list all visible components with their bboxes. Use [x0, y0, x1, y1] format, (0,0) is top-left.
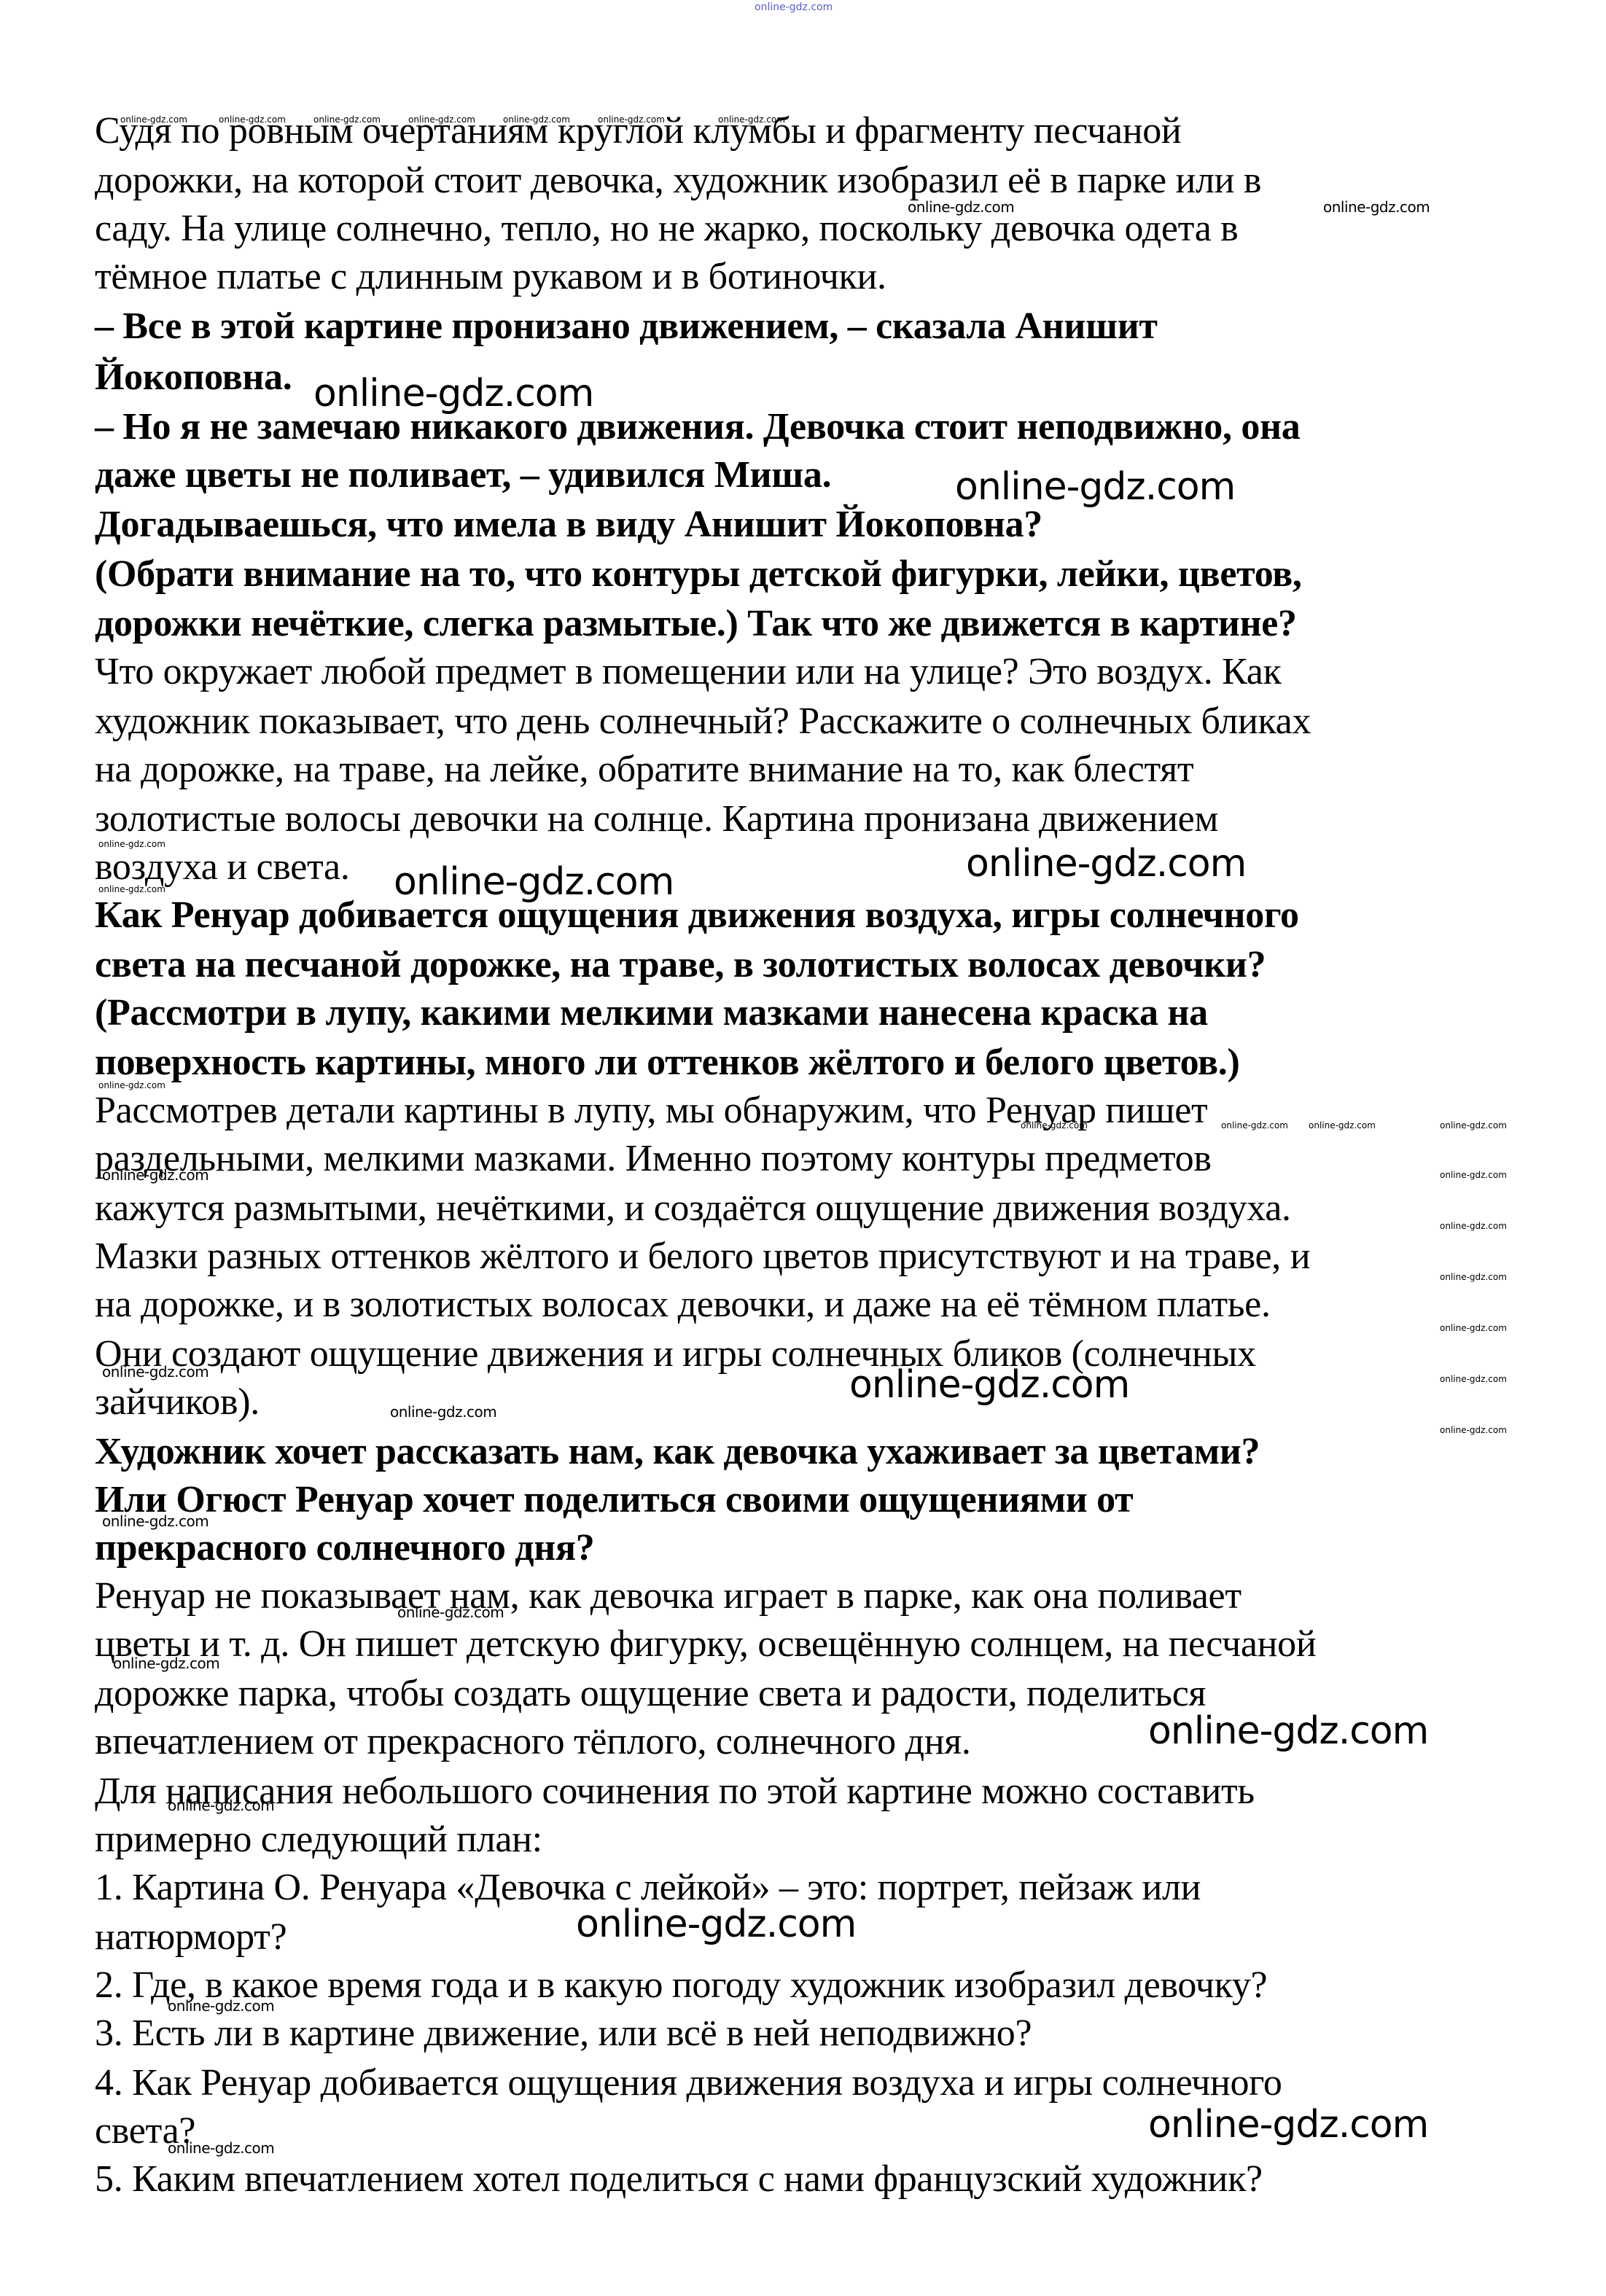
watermark: online-gdz.com — [313, 372, 593, 415]
question-line: (Рассмотри в лупу, какими мелкими мазкам… — [95, 991, 1208, 1035]
question-line: – Но я не замечаю никакого движения. Дев… — [95, 405, 1300, 449]
text-line: на дорожке, на траве, на лейке, обратите… — [95, 748, 1193, 792]
watermark: online-gdz.com — [98, 1080, 165, 1090]
text-line: золотистые волосы девочки на солнце. Кар… — [95, 797, 1218, 841]
watermark: online-gdz.com — [98, 839, 165, 849]
header-watermark: online-gdz.com — [755, 1, 833, 13]
watermark: online-gdz.com — [1148, 2103, 1428, 2147]
text-line: дорожки, на которой стоит девочка, худож… — [95, 159, 1261, 203]
watermark: online-gdz.com — [102, 1363, 208, 1381]
watermark: online-gdz.com — [113, 1655, 219, 1672]
text-line: примерно следующий план: — [95, 1818, 542, 1862]
text-line: раздельными, мелкими мазками. Именно поэ… — [95, 1137, 1212, 1181]
watermark: online-gdz.com — [503, 114, 570, 125]
watermark: online-gdz.com — [219, 114, 286, 125]
question-line: прекрасного солнечного дня? — [95, 1526, 594, 1570]
text-line: дорожке парка, чтобы создать ощущение св… — [95, 1672, 1206, 1716]
watermark: online-gdz.com — [849, 1363, 1129, 1407]
question-line: дорожки нечёткие, слегка размытые.) Так … — [95, 602, 1297, 646]
document-page: online-gdz.com Судя по ровным очертаниям… — [0, 0, 1606, 2296]
text-line: впечатлением от прекрасного тёплого, сол… — [95, 1720, 971, 1764]
question-line: света на песчаной дорожке, на траве, в з… — [95, 943, 1266, 987]
text-line: кажутся размытыми, нечёткими, и создаётс… — [95, 1187, 1291, 1230]
watermark: online-gdz.com — [1440, 1425, 1507, 1435]
text-line: Ренуар не показывает нам, как девочка иг… — [95, 1574, 1241, 1618]
watermark: online-gdz.com — [120, 114, 187, 125]
question-line: Как Ренуар добивается ощущения движения … — [95, 894, 1299, 937]
text-line: Что окружает любой предмет в помещении и… — [95, 650, 1282, 694]
watermark: online-gdz.com — [576, 1902, 856, 1946]
text-line: Мазки разных оттенков жёлтого и белого ц… — [95, 1235, 1310, 1278]
watermark: online-gdz.com — [1440, 1323, 1507, 1333]
question-line: – Все в этой картине пронизано движением… — [95, 305, 1158, 348]
text-line: саду. На улице солнечно, тепло, но не жа… — [95, 207, 1238, 251]
text-line: 4. Как Ренуар добивается ощущения движен… — [95, 2061, 1282, 2105]
watermark: online-gdz.com — [1309, 1120, 1376, 1131]
text-line: воздуха и света. — [95, 846, 350, 889]
watermark: online-gdz.com — [313, 114, 381, 125]
watermark: online-gdz.com — [168, 1997, 274, 2015]
watermark: online-gdz.com — [168, 1797, 274, 1814]
text-line: художник показывает, что день солнечный?… — [95, 700, 1311, 743]
question-line: Художник хочет рассказать нам, как девоч… — [95, 1430, 1260, 1474]
watermark: online-gdz.com — [1440, 1272, 1507, 1282]
watermark: online-gdz.com — [966, 842, 1246, 886]
question-line: Догадываешься, что имела в виду Анишит Й… — [95, 503, 1042, 547]
watermark: online-gdz.com — [718, 114, 785, 125]
watermark: online-gdz.com — [102, 1512, 208, 1530]
watermark: online-gdz.com — [408, 114, 475, 125]
watermark: online-gdz.com — [1148, 1709, 1428, 1753]
watermark: online-gdz.com — [598, 114, 665, 125]
watermark: online-gdz.com — [1440, 1374, 1507, 1384]
question-line: даже цветы не поливает, – удивился Миша. — [95, 453, 831, 497]
text-line: 5. Каким впечатлением хотел поделиться с… — [95, 2158, 1263, 2201]
watermark: online-gdz.com — [955, 465, 1235, 509]
watermark: online-gdz.com — [1440, 1120, 1507, 1131]
watermark: online-gdz.com — [908, 198, 1014, 216]
watermark: online-gdz.com — [102, 1166, 208, 1184]
watermark: online-gdz.com — [168, 2139, 274, 2157]
text-line: цветы и т. д. Он пишет детскую фигурку, … — [95, 1623, 1316, 1666]
watermark: online-gdz.com — [397, 1604, 504, 1621]
question-line: Йокоповна. — [95, 356, 292, 399]
watermark: online-gdz.com — [394, 860, 674, 904]
watermark: online-gdz.com — [98, 884, 165, 894]
watermark: online-gdz.com — [1221, 1120, 1288, 1131]
text-line: 3. Есть ли в картине движение, или всё в… — [95, 2012, 1032, 2055]
question-line: Или Огюст Ренуар хочет поделиться своими… — [95, 1478, 1133, 1522]
watermark: online-gdz.com — [1323, 198, 1430, 216]
watermark: online-gdz.com — [1021, 1120, 1088, 1131]
text-line: натюрморт? — [95, 1916, 286, 1959]
question-line: (Обрати внимание на то, что контуры детс… — [95, 552, 1302, 596]
text-line: зайчиков). — [95, 1381, 260, 1424]
question-line: поверхность картины, много ли оттенков ж… — [95, 1041, 1240, 1085]
watermark: online-gdz.com — [1440, 1221, 1507, 1231]
watermark: online-gdz.com — [1440, 1170, 1507, 1180]
text-line: тёмное платье с длинным рукавом и в боти… — [95, 255, 886, 299]
watermark: online-gdz.com — [390, 1403, 496, 1421]
text-line: на дорожке, и в золотистых волосах девоч… — [95, 1283, 1271, 1327]
